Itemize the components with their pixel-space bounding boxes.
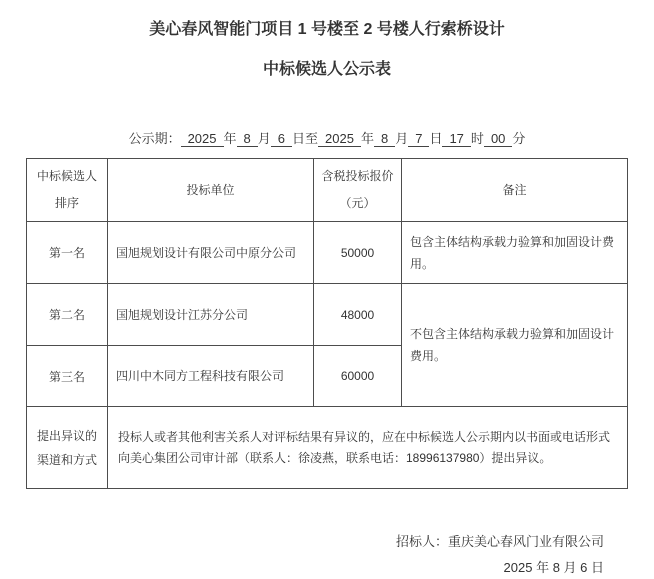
period-to-label: 日至 (292, 131, 318, 146)
document-page: 美心春风智能门项目 1 号楼至 2 号楼人行索桥设计 中标候选人公示表 公示期：… (0, 0, 654, 579)
period-month-unit-2: 月 (395, 131, 408, 146)
period-hour-unit: 时 (471, 131, 484, 146)
bidder-cell-2: 国旭规划设计江苏分公司 (108, 284, 314, 346)
col-header-price-line2: （元） (314, 190, 401, 217)
table-row-second: 第二名 国旭规划设计江苏分公司 48000 不包含主体结构承载力验算和加固设计费… (27, 284, 628, 346)
remark-cell-1: 包含主体结构承载力验算和加固设计费用。 (402, 222, 628, 284)
period-end-minute: 00 (484, 131, 512, 147)
period-end-month: 8 (374, 131, 395, 147)
col-header-rank: 中标候选人 排序 (27, 159, 108, 222)
period-year-unit-2: 年 (361, 131, 374, 146)
period-month-unit: 月 (258, 131, 271, 146)
col-header-rank-line1: 中标候选人 (27, 163, 107, 190)
table-row-first: 第一名 国旭规划设计有限公司中原分公司 50000 包含主体结构承载力验算和加固… (27, 222, 628, 284)
period-day-unit: 日 (429, 131, 442, 146)
objection-label-cell: 提出异议的 渠道和方式 (27, 407, 108, 489)
price-cell-2: 48000 (314, 284, 402, 346)
publicity-period: 公示期：2025年8月6日至2025年8月7日17时00分 (0, 128, 654, 147)
bid-candidates-table: 中标候选人 排序 投标单位 含税投标报价 （元） 备注 第一名 国旭规划设计有限… (26, 158, 628, 489)
col-header-rank-line2: 排序 (27, 190, 107, 217)
tenderer-line: 招标人：重庆美心春风门业有限公司 (0, 529, 604, 555)
objection-label-line2: 渠道和方式 (27, 448, 107, 472)
bidder-cell-1: 国旭规划设计有限公司中原分公司 (108, 222, 314, 284)
col-header-price-line1: 含税投标报价 (314, 163, 401, 190)
period-start-month: 8 (237, 131, 258, 147)
document-title-line2: 中标候选人公示表 (0, 58, 654, 82)
col-header-remark: 备注 (402, 159, 628, 222)
period-year-unit: 年 (224, 131, 237, 146)
publicity-period-label: 公示期： (129, 131, 181, 146)
period-minute-unit: 分 (512, 131, 525, 146)
document-footer: 招标人：重庆美心春风门业有限公司 2025 年 8 月 6 日 (0, 529, 654, 579)
period-start-day: 6 (271, 131, 292, 147)
price-cell-3: 60000 (314, 346, 402, 407)
rank-cell-2: 第二名 (27, 284, 108, 346)
col-header-price: 含税投标报价 （元） (314, 159, 402, 222)
period-start-year: 2025 (181, 131, 224, 147)
period-end-day: 7 (408, 131, 429, 147)
price-cell-1: 50000 (314, 222, 402, 284)
period-end-hour: 17 (442, 131, 470, 147)
col-header-bidder: 投标单位 (108, 159, 314, 222)
rank-cell-1: 第一名 (27, 222, 108, 284)
footer-date-line: 2025 年 8 月 6 日 (0, 555, 604, 579)
merged-remark-cell: 不包含主体结构承载力验算和加固设计费用。 (402, 284, 628, 407)
bidder-cell-3: 四川中木同方工程科技有限公司 (108, 346, 314, 407)
rank-cell-3: 第三名 (27, 346, 108, 407)
objection-content-cell: 投标人或者其他利害关系人对评标结果有异议的，应在中标候选人公示期内以书面或电话形… (108, 407, 628, 489)
table-header-row: 中标候选人 排序 投标单位 含税投标报价 （元） 备注 (27, 159, 628, 222)
period-end-year: 2025 (318, 131, 361, 147)
objection-row: 提出异议的 渠道和方式 投标人或者其他利害关系人对评标结果有异议的，应在中标候选… (27, 407, 628, 489)
objection-label-line1: 提出异议的 (27, 424, 107, 448)
document-title-line1: 美心春风智能门项目 1 号楼至 2 号楼人行索桥设计 (0, 18, 654, 42)
